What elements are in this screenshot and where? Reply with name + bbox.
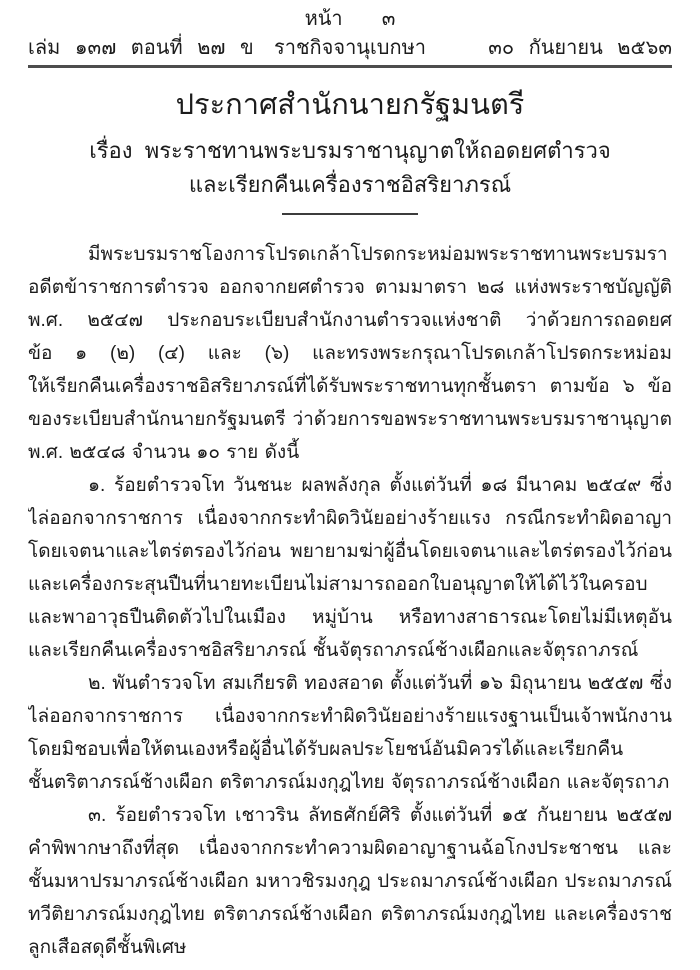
body-line: ไล่ออกจากราชการ เนื่องจากกระทำผิดวินัยอย…	[28, 700, 672, 733]
volume-issue-info: เล่ม ๑๓๗ ตอนที่ ๒๗ ข	[28, 35, 274, 61]
subject-line-2: และเรียกคืนเครื่องราชอิสริยาภรณ์	[0, 168, 700, 202]
paragraph-item-3: ๓. ร้อยตำรวจโท เชาวริน ลัทธศักย์ศิริ ตั้…	[28, 799, 672, 964]
body-line: และเรียกคืนเครื่องราชอิสริยาภรณ์ ชั้นจัต…	[28, 634, 672, 667]
body-line: ของระเบียบสำนักนายกรัฐมนตรี ว่าด้วยการขอ…	[28, 403, 672, 436]
announcement-title: ประกาศสำนักนายกรัฐมนตรี	[0, 85, 700, 125]
body-line: ลูกเสือสดุดีชั้นพิเศษ	[28, 931, 672, 964]
body-line: อดีตข้าราชการตำรวจ ออกจากยศตำรวจ ตามมาตร…	[28, 271, 672, 304]
publication-date: ๓๐ กันยายน ๒๕๖๓	[426, 35, 672, 61]
body-line: ชั้นตริตาภรณ์ช้างเผือก ตริตาภรณ์มงกุฎไทย…	[28, 766, 672, 799]
gazette-name: ราชกิจจานุเบกษา	[274, 35, 426, 61]
body-line: โดยมิชอบเพื่อให้ตนเองหรือผู้อื่นได้รับผล…	[28, 733, 672, 766]
paragraph-item-1: ๑. ร้อยตำรวจโท วันชนะ ผลพลังกุล ตั้งแต่ว…	[28, 469, 672, 667]
page-number-label: หน้า ๓	[0, 7, 700, 31]
body-line: และพาอาวุธปืนติดตัวไปในเมือง หมู่บ้าน หร…	[28, 601, 672, 634]
paragraph-intro: มีพระบรมราชโองการโปรดเกล้าโปรดกระหม่อมพร…	[28, 238, 672, 469]
paragraph-item-2: ๒. พันตำรวจโท สมเกียรติ ทองสอาด ตั้งแต่ว…	[28, 667, 672, 799]
title-divider	[282, 213, 418, 215]
body-line: คำพิพากษาถึงที่สุด เนื่องจากกระทำความผิด…	[28, 832, 672, 865]
body-line: ๒. พันตำรวจโท สมเกียรติ ทองสอาด ตั้งแต่ว…	[28, 667, 672, 700]
gazette-document-page: หน้า ๓ เล่ม ๑๓๗ ตอนที่ ๒๗ ข ราชกิจจานุเบ…	[0, 0, 700, 970]
body-line: ๓. ร้อยตำรวจโท เชาวริน ลัทธศักย์ศิริ ตั้…	[28, 799, 672, 832]
header-rule	[28, 65, 672, 68]
body-line: และเครื่องกระสุนปืนที่นายทะเบียนไม่สามาร…	[28, 568, 672, 601]
body-line: โดยเจตนาและไตร่ตรองไว้ก่อน พยายามฆ่าผู้อ…	[28, 535, 672, 568]
body-line: ทวีติยาภรณ์มงกุฎไทย ตริตาภรณ์ช้างเผือก ต…	[28, 898, 672, 931]
body-line: พ.ศ. ๒๕๔๘ จำนวน ๑๐ ราย ดังนี้	[28, 436, 672, 469]
body-line: ข้อ ๑ (๒) (๔) และ (๖) และทรงพระกรุณาโปรด…	[28, 337, 672, 370]
gazette-header-row: เล่ม ๑๓๗ ตอนที่ ๒๗ ข ราชกิจจานุเบกษา ๓๐ …	[0, 35, 700, 61]
body-line: ชั้นมหาปรมาภรณ์ช้างเผือก มหาวชิรมงกุฎ ปร…	[28, 865, 672, 898]
body-line: มีพระบรมราชโองการโปรดเกล้าโปรดกระหม่อมพร…	[28, 238, 672, 271]
body-line: ไล่ออกจากราชการ เนื่องจากกระทำผิดวินัยอย…	[28, 502, 672, 535]
body-line: ๑. ร้อยตำรวจโท วันชนะ ผลพลังกุล ตั้งแต่ว…	[28, 469, 672, 502]
subject-line-1: เรื่อง พระราชทานพระบรมราชานุญาตให้ถอดยศต…	[0, 134, 700, 168]
body-line: พ.ศ. ๒๕๔๗ ประกอบระเบียบสำนักงานตำรวจแห่ง…	[28, 304, 672, 337]
document-body: มีพระบรมราชโองการโปรดเกล้าโปรดกระหม่อมพร…	[0, 238, 700, 964]
body-line: ให้เรียกคืนเครื่องราชอิสริยาภรณ์ที่ได้รั…	[28, 370, 672, 403]
